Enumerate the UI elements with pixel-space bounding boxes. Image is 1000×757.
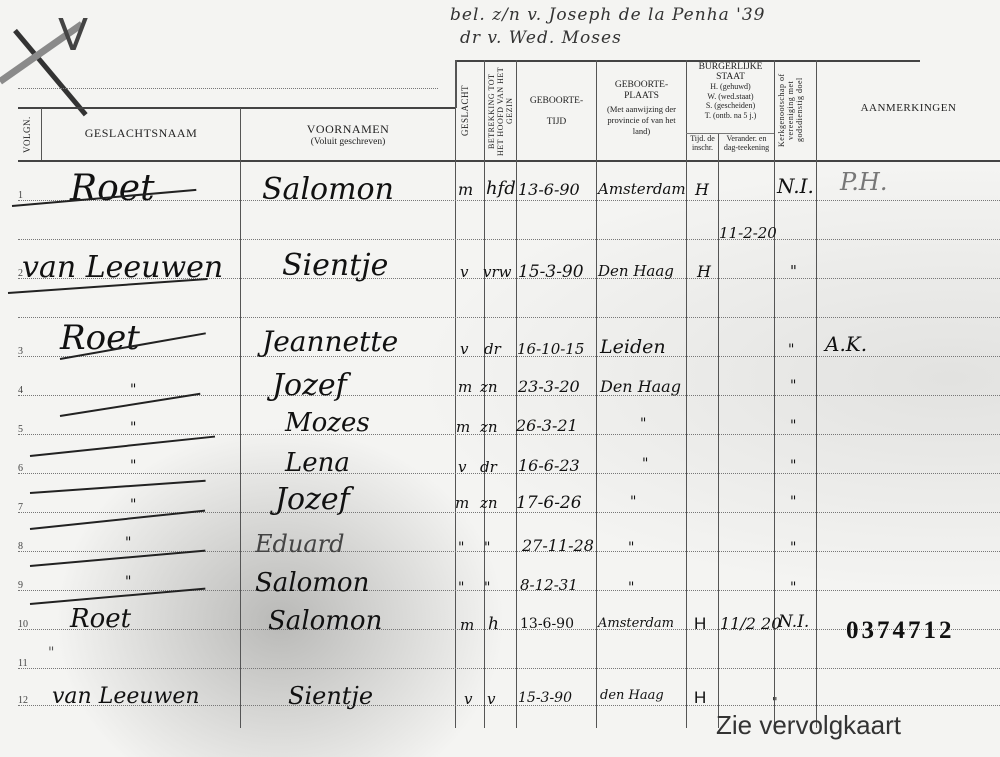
col-header-volgnr: VOLGN. (22, 112, 38, 158)
row-number: 5 (18, 424, 23, 435)
annotation-line-2: dr v. Wed. Moses (450, 27, 766, 50)
col-header-geboorteplaats: GEBOORTE- PLAATS (Met aanwijzing der pro… (597, 80, 686, 137)
col-header-geboortetijd: GEBOORTE- TIJD (517, 96, 596, 128)
continuation-stamp: Zie vervolgkaart (716, 710, 901, 741)
row-number: 11 (18, 658, 28, 669)
row-number: 1 (18, 190, 23, 201)
row-number: 3 (18, 346, 23, 357)
annotation-line-1: bel. z/n v. Joseph de la Penha '39 (450, 4, 766, 27)
row-number: 8 (18, 541, 23, 552)
col-header-verandering: Verander. en dag-teekening (719, 135, 774, 152)
check-mark-icon: V (58, 10, 88, 61)
row-number: 7 (18, 502, 23, 513)
row-number: 12 (18, 695, 28, 706)
card-number-stamp: 0374712 (846, 617, 955, 645)
row-number: 4 (18, 385, 23, 396)
registration-card: V bel. z/n v. Joseph de la Penha '39 dr … (0, 0, 1000, 757)
col-header-kerkgenootschap: Kerkgenootschap of vereeniging met godsd… (777, 62, 815, 158)
row-number: 10 (18, 619, 28, 630)
col-header-tijd-inschrijving: Tijd. de inschr. (687, 135, 718, 152)
col-header-betrekking: BETREKKING TOT HET HOOFD VAN HET GEZIN (487, 64, 515, 158)
row-number: 6 (18, 463, 23, 474)
col-header-geslachtsnaam: GESLACHTSNAAM (42, 126, 240, 141)
col-header-aanmerkingen: AANMERKINGEN (817, 102, 1000, 114)
col-header-geslacht: GESLACHT (460, 66, 480, 156)
top-annotation: bel. z/n v. Joseph de la Penha '39 dr v.… (450, 4, 766, 50)
row-number: 9 (18, 580, 23, 591)
col-header-burgerlijke-staat: BURGERLIJKE STAAT H. (gehuwd) W. (wed.st… (687, 63, 774, 120)
col-header-voornamen: VOORNAMEN (Voluit geschreven) (241, 122, 455, 148)
